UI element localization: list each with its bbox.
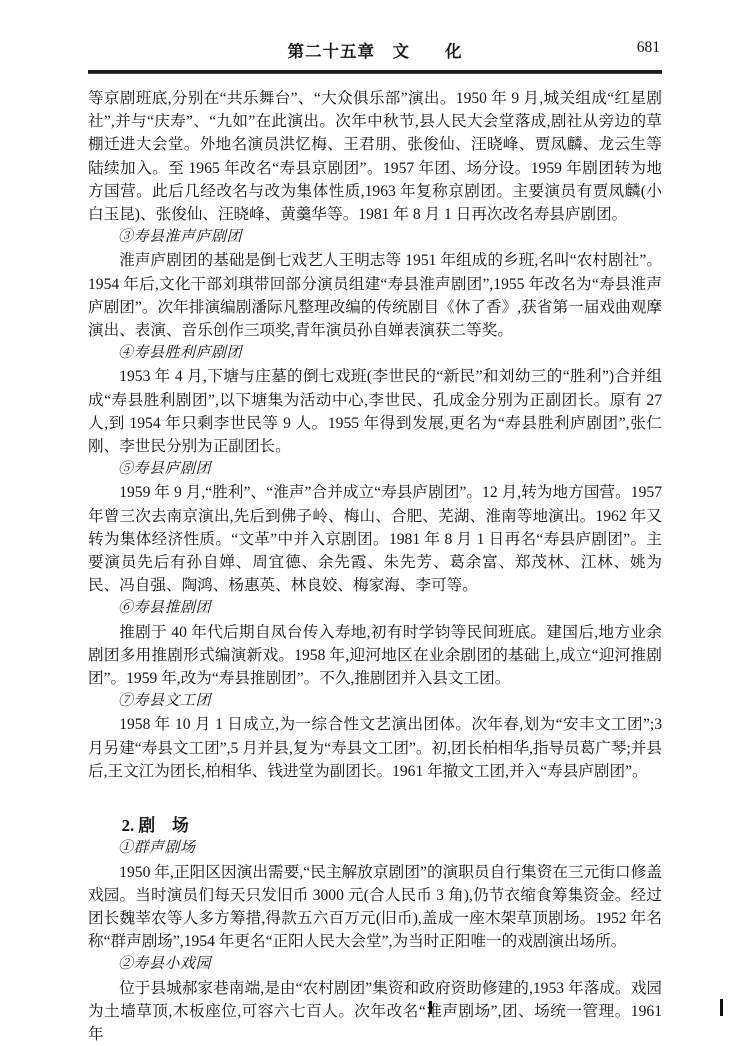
scan-artifact (429, 1001, 432, 1014)
subheading-shouxian-xiaoxiyuan: ②寿县小戏园 (88, 953, 662, 976)
section-heading-juchang: 2. 剧 场 (88, 814, 662, 837)
paragraph-huaisheng-lujutuan: 淮声庐剧团的基础是倒七戏艺人王明志等 1951 年组成的乡班,名叫“农村剧社”。… (88, 249, 662, 342)
paragraph-qunsheng-juchang: 1950 年,正阳区因演出需要,“民主解放京剧团”的演职员自行集资在三元街口修盖… (88, 861, 662, 954)
page-number: 681 (637, 39, 660, 57)
document-page: 第二十五章 文 化 681 等京剧班底,分别在“共乐舞台”、“大众俱乐部”演出。… (0, 0, 747, 1046)
page-header: 第二十五章 文 化 681 (88, 38, 662, 64)
subheading-shengli-lujutuan: ④寿县胜利庐剧团 (88, 342, 662, 365)
subheading-shouxian-tuijutuan: ⑥寿县推剧团 (88, 597, 662, 620)
header-rule (88, 70, 662, 74)
paragraph-shouxian-tuijutuan: 推剧于 40 年代后期自凤台传入寿地,初有时学钧等民间班底。建国后,地方业余剧团… (88, 621, 662, 691)
subheading-shouxian-lujutuan: ⑤寿县庐剧团 (88, 458, 662, 481)
subheading-qunsheng-juchang: ①群声剧场 (88, 837, 662, 860)
page-body: 等京剧班底,分别在“共乐舞台”、“大众俱乐部”演出。1950 年 9 月,城关组… (88, 87, 662, 1046)
subheading-shouxian-wengongtuan: ⑦寿县文工团 (88, 690, 662, 713)
page-content: 第二十五章 文 化 681 等京剧班底,分别在“共乐舞台”、“大众俱乐部”演出。… (88, 38, 662, 1046)
paragraph-shengli-lujutuan: 1953 年 4 月,下塘与庄墓的倒七戏班(李世民的“新民”和刘幼三的“胜利”)… (88, 365, 662, 458)
paragraph-shouxian-lujutuan: 1959 年 9 月,“胜利”、“淮声”合并成立“寿县庐剧团”。12 月,转为地… (88, 481, 662, 597)
chapter-title: 第二十五章 文 化 (88, 38, 662, 62)
subheading-huaisheng-lujutuan: ③寿县淮声庐剧团 (88, 226, 662, 249)
paragraph-jingju-continuation: 等京剧班底,分别在“共乐舞台”、“大众俱乐部”演出。1950 年 9 月,城关组… (88, 87, 662, 226)
scan-artifact (720, 999, 723, 1016)
paragraph-shouxian-xiaoxiyuan: 位于县城郝家巷南端,是由“农村剧团”集资和政府资助修建的,1953 年落成。戏园… (88, 977, 662, 1046)
paragraph-shouxian-wengongtuan: 1958 年 10 月 1 日成立,为一综合性文艺演出团体。次年春,划为“安丰文… (88, 713, 662, 783)
